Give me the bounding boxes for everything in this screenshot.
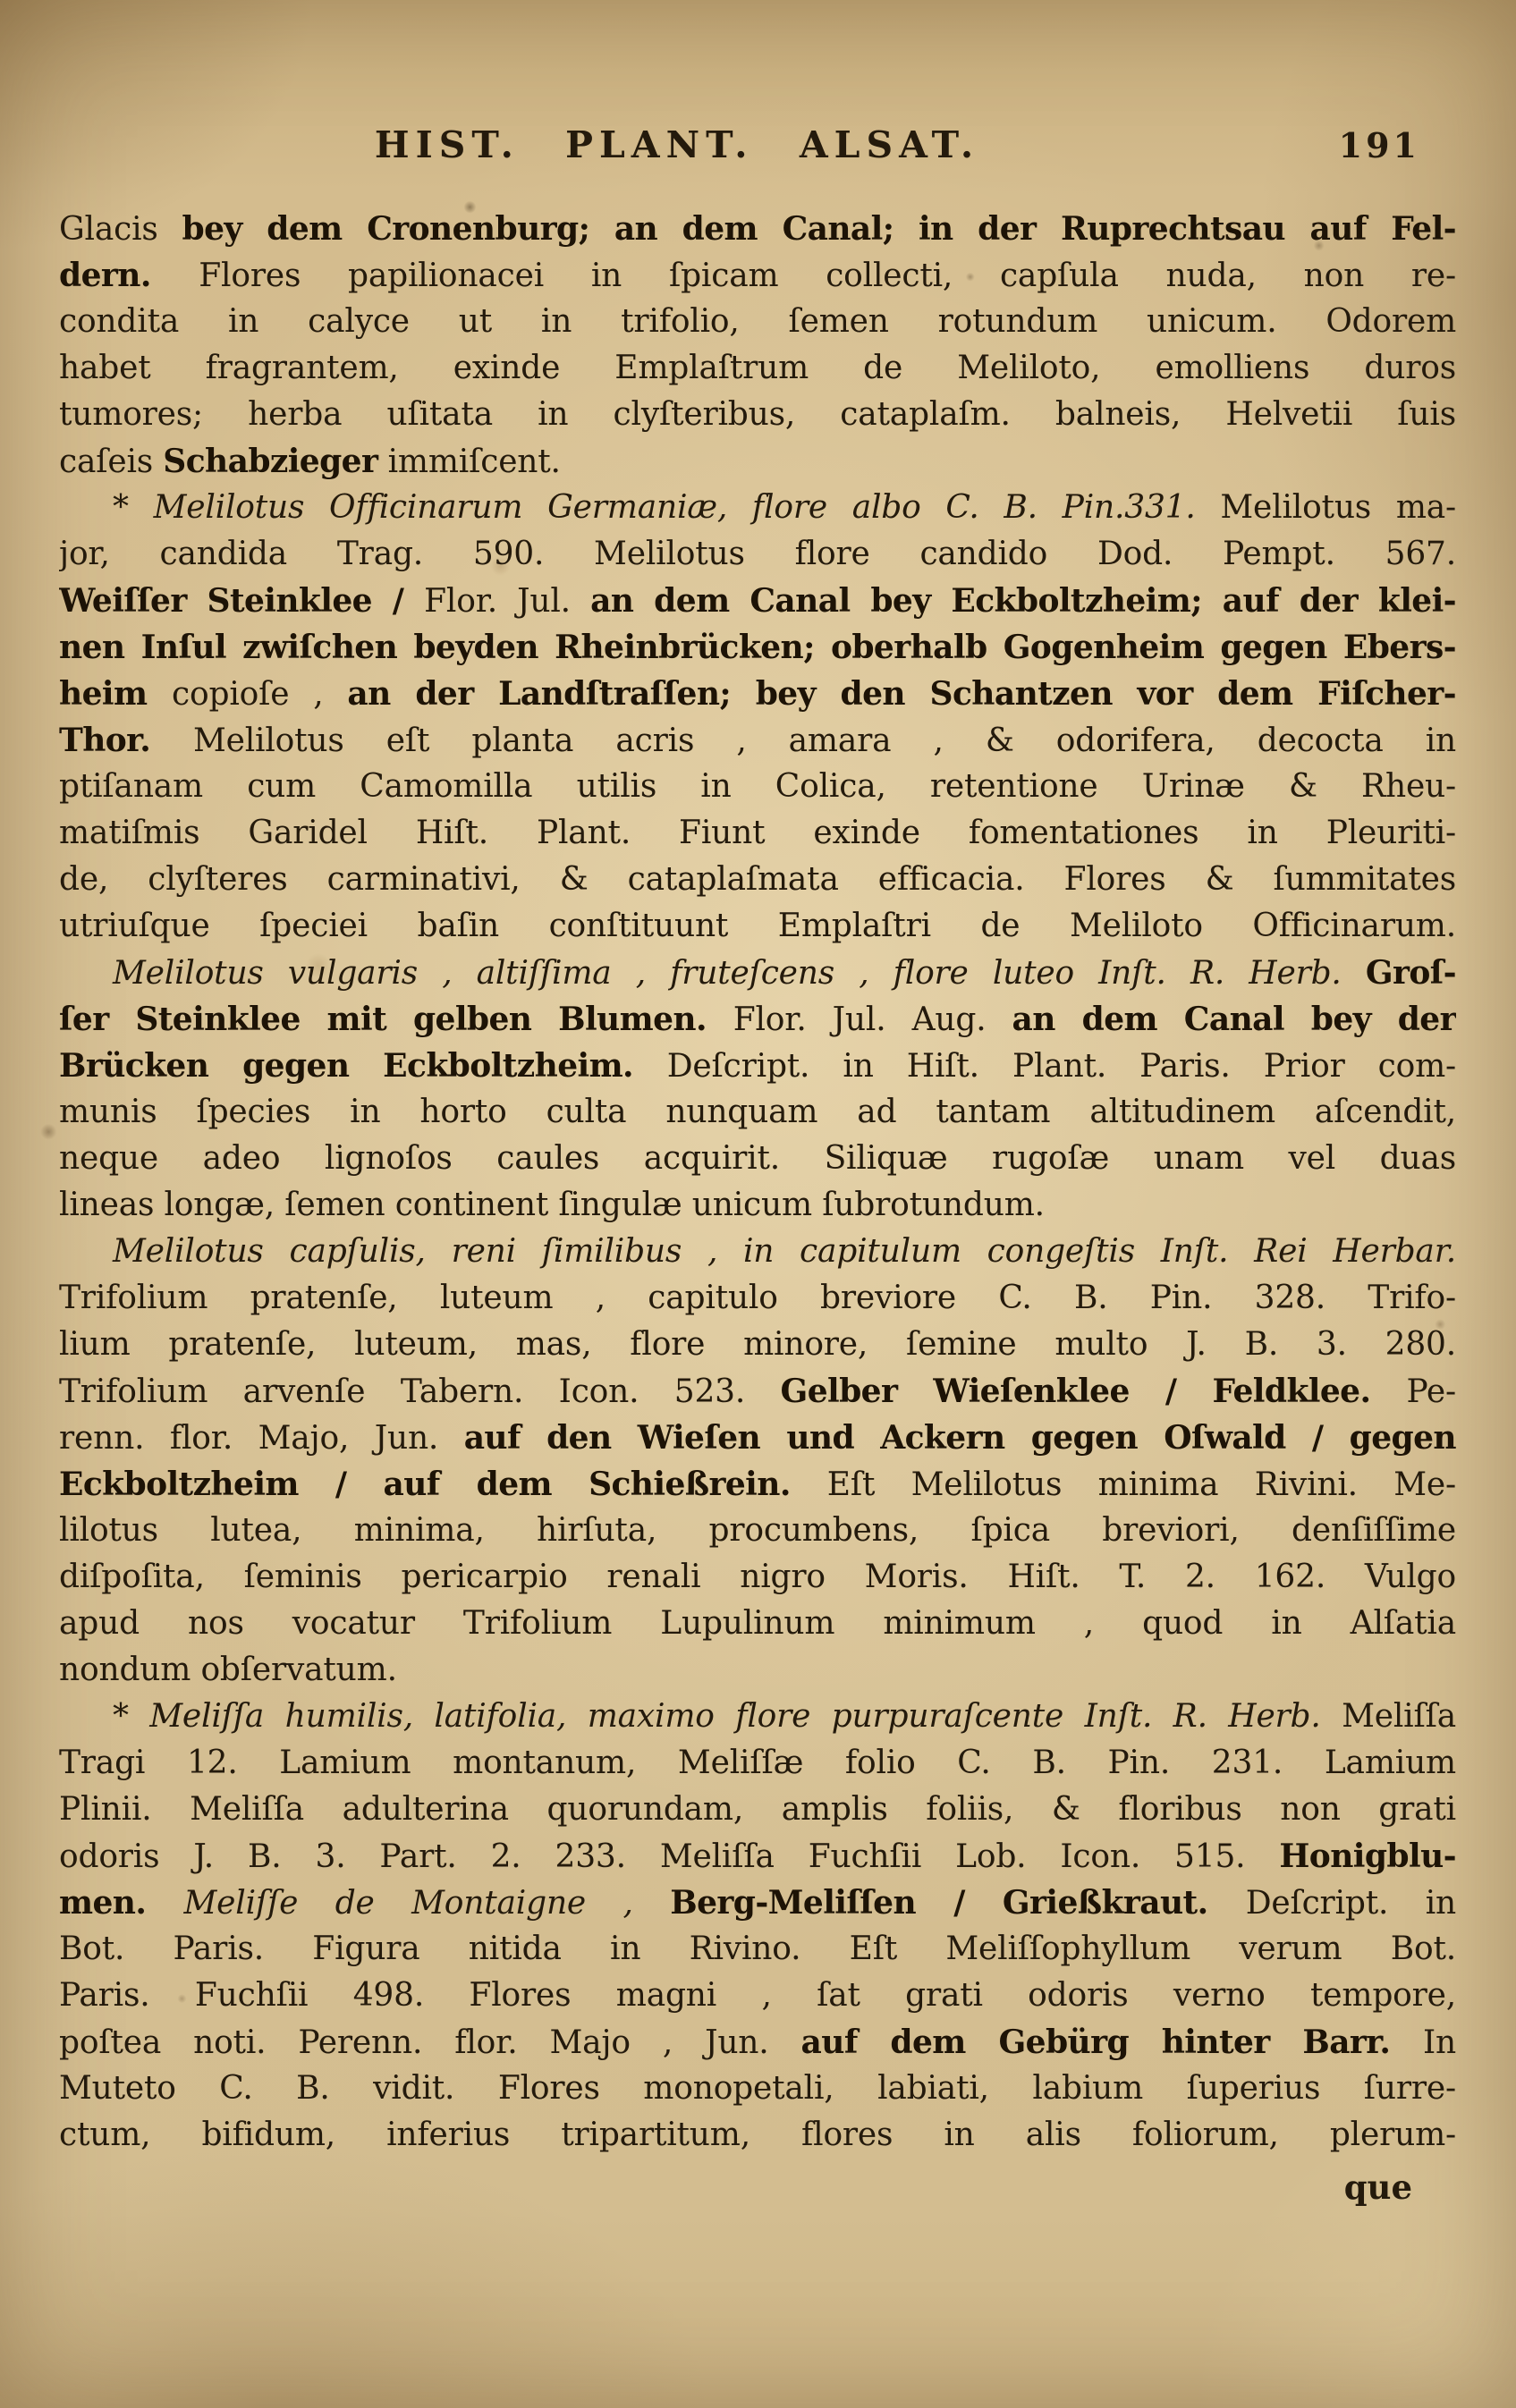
roman-text: ctum, bifidum, inferius tripartitum, flo…	[59, 2117, 1456, 2153]
fraktur-text: auf den Wieſen und Ackern gegen Oſwald /…	[464, 1419, 1456, 1457]
text-line: lium pratenſe, luteum, mas, flore minore…	[59, 1322, 1456, 1368]
text-line: * Meliſſa humilis, latifolia, maximo flo…	[59, 1694, 1456, 1740]
fraktur-text: Honigblu-	[1279, 1838, 1456, 1875]
book-page: HIST. PLANT. ALSAT. 191 Glacis bey dem C…	[0, 0, 1516, 2408]
fraktur-text: heim	[59, 675, 172, 713]
roman-text: lium pratenſe, luteum, mas, flore minore…	[59, 1326, 1456, 1363]
text-line: Trifolium pratenſe, luteum , capitulo br…	[59, 1275, 1456, 1322]
text-line: diſpoſita, ſeminis pericarpio renali nig…	[59, 1554, 1456, 1601]
roman-text: apud nos vocatur Trifolium Lupulinum min…	[59, 1605, 1456, 1642]
text-line: Tragi 12. Lamium montanum, Meliſſæ folio…	[59, 1740, 1456, 1787]
roman-text: Glacis	[59, 211, 182, 248]
text-line: neque adeo lignoſos caules acquirit. Sil…	[59, 1136, 1456, 1182]
roman-text: immiſcent.	[377, 444, 560, 480]
roman-text: de, clyſteres carminativi, & cataplaſmat…	[59, 861, 1456, 898]
text-line: tumores; herba uſitata in clyſteribus, c…	[59, 392, 1456, 438]
text-block: HIST. PLANT. ALSAT. 191 Glacis bey dem C…	[59, 123, 1456, 2159]
roman-text: matiſmis Garidel Hiſt. Plant. Fiunt exin…	[59, 815, 1456, 851]
text-line: nen Inſul zwiſchen beyden Rheinbrücken; …	[59, 624, 1456, 671]
italic-text: Melilotus Officinarum Germaniæ, flore al…	[154, 489, 1196, 526]
text-line: munis ſpecies in horto culta nunquam ad …	[59, 1089, 1456, 1136]
fraktur-text: Eckboltzheim / auf dem Schießrein.	[59, 1466, 827, 1503]
fraktur-text: Schabzieger	[163, 443, 377, 480]
catchword: que	[1344, 2167, 1412, 2207]
text-line: renn. flor. Majo, Jun. auf den Wieſen un…	[59, 1415, 1456, 1461]
italic-text: Melilotus capſulis, reni ſimilibus , in …	[113, 1233, 1456, 1270]
roman-text: neque adeo lignoſos caules acquirit. Sil…	[59, 1140, 1456, 1177]
roman-text: Plinii. Meliſſa adulterina quorundam, am…	[59, 1791, 1456, 1828]
text-line: lilotus lutea, minima, hirſuta, procumbe…	[59, 1508, 1456, 1554]
text-line: ptiſanam cum Camomilla utilis in Colica,…	[59, 764, 1456, 810]
text-line: habet fragrantem, exinde Emplaſtrum de M…	[59, 345, 1456, 392]
fraktur-text: an dem Canal bey Eckboltzheim; auf der k…	[590, 582, 1456, 620]
text-line: Melilotus vulgaris , altiſſima , fruteſc…	[59, 950, 1456, 996]
text-line: condita in calyce ut in trifolio, ſemen …	[59, 299, 1456, 345]
fraktur-text: Weiſſer Steinklee /	[59, 582, 424, 620]
fraktur-text: ſer Steinklee mit gelben Blumen.	[59, 1001, 733, 1038]
text-line: nondum obſervatum.	[59, 1647, 1456, 1694]
fraktur-text: men.	[59, 1884, 183, 1922]
paragraph: Melilotus vulgaris , altiſſima , fruteſc…	[59, 950, 1456, 1229]
text-line: utriuſque ſpeciei baſin conſtituunt Empl…	[59, 903, 1456, 950]
running-header: HIST. PLANT. ALSAT. 191	[59, 123, 1456, 206]
fraktur-text: bey dem Cronenburg; an dem Canal; in der…	[182, 210, 1456, 248]
roman-text: Flores papilionacei in ſpicam collecti, …	[199, 258, 1456, 294]
paragraph: * Meliſſa humilis, latifolia, maximo flo…	[59, 1694, 1456, 2159]
paragraph: Glacis bey dem Cronenburg; an dem Canal;…	[59, 206, 1456, 485]
text-line: odoris J. B. 3. Part. 2. 233. Meliſſa Fu…	[59, 1833, 1456, 1880]
text-line: Eckboltzheim / auf dem Schießrein. Eſt M…	[59, 1461, 1456, 1508]
roman-text: Flor. Jul.	[424, 583, 590, 620]
body-text: Glacis bey dem Cronenburg; an dem Canal;…	[59, 206, 1456, 2159]
roman-text: habet fragrantem, exinde Emplaſtrum de M…	[59, 350, 1456, 386]
fraktur-text: Berg-Meliſſen / Grießkraut.	[670, 1884, 1245, 1922]
fraktur-text: an dem Canal bey der	[1012, 1001, 1456, 1038]
text-line: Melilotus capſulis, reni ſimilibus , in …	[59, 1229, 1456, 1275]
roman-text: Meliſſa	[1342, 1698, 1456, 1735]
roman-text: diſpoſita, ſeminis pericarpio renali nig…	[59, 1559, 1456, 1595]
roman-text: odoris J. B. 3. Part. 2. 233. Meliſſa Fu…	[59, 1838, 1279, 1875]
paragraph: Melilotus capſulis, reni ſimilibus , in …	[59, 1229, 1456, 1694]
roman-text: nondum obſervatum.	[59, 1652, 397, 1688]
roman-text: lilotus lutea, minima, hirſuta, procumbe…	[59, 1512, 1456, 1549]
fraktur-text: auf dem Gebürg hinter Barr.	[801, 2024, 1423, 2061]
roman-text: In	[1423, 2024, 1456, 2061]
text-line: dern. Flores papilionacei in ſpicam coll…	[59, 252, 1456, 299]
text-line: heim copioſe , an der Landſtraſſen; bey …	[59, 671, 1456, 717]
text-line: ctum, bifidum, inferius tripartitum, flo…	[59, 2112, 1456, 2159]
roman-text: Flor. Jul. Aug.	[733, 1001, 1012, 1038]
text-line: ſer Steinklee mit gelben Blumen. Flor. J…	[59, 996, 1456, 1043]
fraktur-text: an der Landſtraſſen; bey den Schantzen v…	[347, 675, 1456, 713]
page-title: HIST. PLANT. ALSAT.	[193, 123, 1161, 166]
text-line: Brücken gegen Eckboltzheim. Deſcript. in…	[59, 1043, 1456, 1089]
roman-text: Deſcript. in	[1246, 1885, 1456, 1922]
roman-text: *	[113, 489, 154, 526]
roman-text: Tragi 12. Lamium montanum, Meliſſæ folio…	[59, 1745, 1456, 1781]
text-line: Weiſſer Steinklee / Flor. Jul. an dem Ca…	[59, 578, 1456, 624]
text-line: Muteto C. B. vidit. Flores monopetali, l…	[59, 2066, 1456, 2112]
text-line: Bot. Paris. Figura nitida in Rivino. Eſt…	[59, 1926, 1456, 1973]
text-line: * Melilotus Officinarum Germaniæ, flore …	[59, 485, 1456, 531]
roman-text: copioſe ,	[172, 676, 347, 713]
fraktur-text: Thor.	[59, 722, 193, 759]
text-line: matiſmis Garidel Hiſt. Plant. Fiunt exin…	[59, 810, 1456, 857]
roman-text: jor, candida Trag. 590. Melilotus flore …	[59, 536, 1456, 572]
roman-text: Melilotus eſt planta acris , amara , & o…	[193, 722, 1456, 759]
roman-text: Muteto C. B. vidit. Flores monopetali, l…	[59, 2070, 1456, 2107]
roman-text: poſtea noti. Perenn. flor. Majo , Jun.	[59, 2024, 801, 2061]
roman-text: munis ſpecies in horto culta nunquam ad …	[59, 1094, 1456, 1130]
text-line: caſeis Schabzieger immiſcent.	[59, 438, 1456, 485]
roman-text: Bot. Paris. Figura nitida in Rivino. Eſt…	[59, 1931, 1456, 1967]
roman-text: Trifolium pratenſe, luteum , capitulo br…	[59, 1280, 1456, 1316]
text-line: de, clyſteres carminativi, & cataplaſmat…	[59, 857, 1456, 903]
fraktur-text: nen Inſul zwiſchen beyden Rheinbrücken; …	[59, 629, 1456, 666]
roman-text: condita in calyce ut in trifolio, ſemen …	[59, 303, 1456, 340]
italic-text: Meliſſe de Montaigne ,	[183, 1885, 670, 1922]
roman-text: Deſcript. in Hiſt. Plant. Paris. Prior c…	[667, 1048, 1456, 1085]
roman-text: tumores; herba uſitata in clyſteribus, c…	[59, 396, 1456, 433]
roman-text: Pe-	[1407, 1373, 1456, 1410]
text-line: Thor. Melilotus eſt planta acris , amara…	[59, 717, 1456, 764]
roman-text: Trifolium arvenſe Tabern. Icon. 523.	[59, 1373, 781, 1410]
text-line: lineas longæ, ſemen continent ſingulæ un…	[59, 1182, 1456, 1229]
roman-text: Melilotus ma-	[1196, 489, 1456, 526]
roman-text: lineas longæ, ſemen continent ſingulæ un…	[59, 1187, 1045, 1223]
text-line: Glacis bey dem Cronenburg; an dem Canal;…	[59, 206, 1456, 252]
text-line: jor, candida Trag. 590. Melilotus flore …	[59, 531, 1456, 578]
paragraph: * Melilotus Officinarum Germaniæ, flore …	[59, 485, 1456, 950]
fraktur-text: Groſ-	[1366, 954, 1456, 992]
roman-text: Paris. Fuchſii 498. Flores magni , ſat g…	[59, 1977, 1456, 2014]
roman-text: utriuſque ſpeciei baſin conſtituunt Empl…	[59, 908, 1456, 944]
fraktur-text: Gelber Wieſenklee / Feldklee.	[781, 1373, 1407, 1410]
fraktur-text: Brücken gegen Eckboltzheim.	[59, 1047, 667, 1085]
text-line: Paris. Fuchſii 498. Flores magni , ſat g…	[59, 1973, 1456, 2019]
roman-text: renn. flor. Majo, Jun.	[59, 1420, 464, 1457]
text-line: Plinii. Meliſſa adulterina quorundam, am…	[59, 1787, 1456, 1833]
roman-text: Eſt Melilotus minima Rivini. Me-	[827, 1466, 1456, 1503]
italic-text: Meliſſa humilis, latifolia, maximo flore…	[149, 1698, 1342, 1735]
fraktur-text: dern.	[59, 257, 199, 294]
roman-text: caſeis	[59, 444, 163, 480]
italic-text: Melilotus vulgaris , altiſſima , fruteſc…	[113, 955, 1366, 992]
roman-text: *	[113, 1698, 149, 1735]
roman-text: ptiſanam cum Camomilla utilis in Colica,…	[59, 768, 1456, 805]
text-line: men. Meliſſe de Montaigne , Berg-Meliſſe…	[59, 1880, 1456, 1926]
text-line: poſtea noti. Perenn. flor. Majo , Jun. a…	[59, 2019, 1456, 2066]
page-number: 191	[1339, 125, 1420, 165]
text-line: Trifolium arvenſe Tabern. Icon. 523. Gel…	[59, 1368, 1456, 1415]
text-line: apud nos vocatur Trifolium Lupulinum min…	[59, 1601, 1456, 1647]
